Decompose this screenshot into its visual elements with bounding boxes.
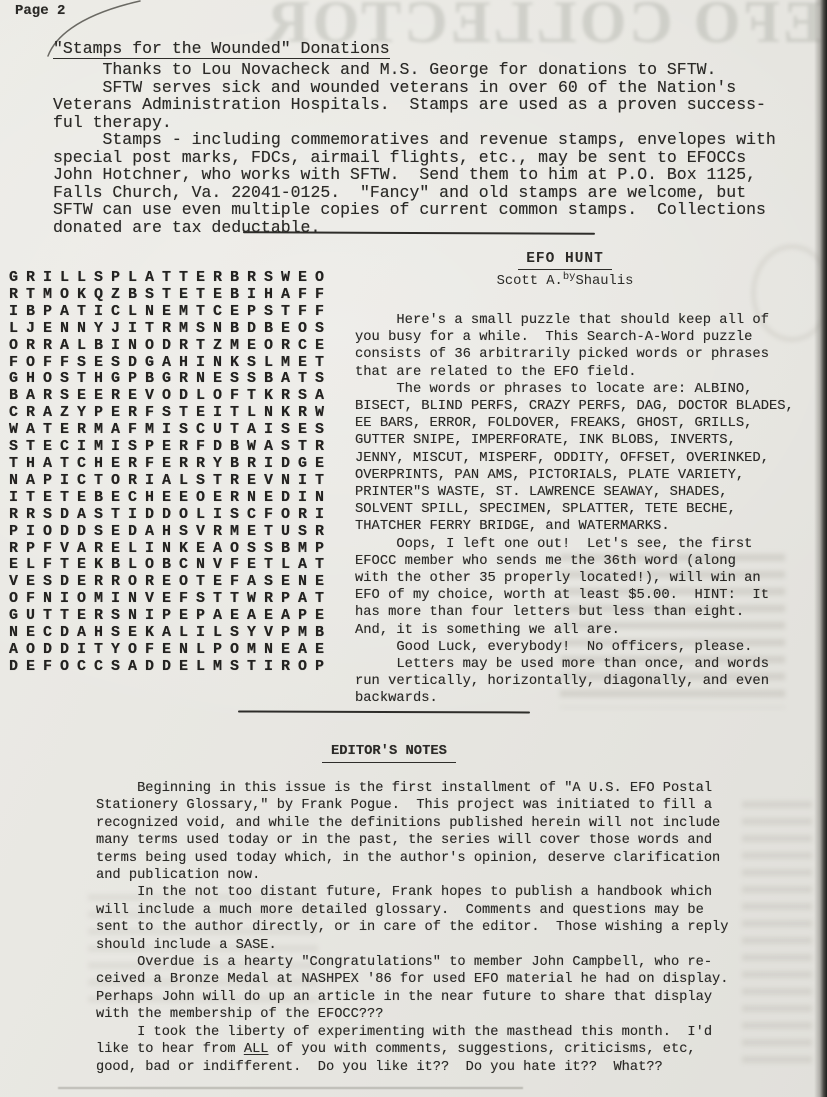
- efo-hunt-header: EFO HUNT Scott A.byShaulis: [355, 249, 775, 289]
- byline-by-superscript: by: [563, 271, 576, 283]
- editors-notes-underlined-all: ALL: [244, 1042, 269, 1057]
- byline-author-first: Scott A.: [497, 274, 563, 289]
- byline-author-surname: Shaulis: [575, 274, 633, 289]
- scanned-newsletter-page: EFO COLLECTOR Page 2 "Stamps for the Wou…: [0, 0, 827, 1097]
- efo-hunt-byline: Scott A.byShaulis: [355, 271, 775, 289]
- editors-notes-text-part1: Beginning in this issue is the first ins…: [96, 781, 728, 1057]
- editors-notes-body: Beginning in this issue is the first ins…: [96, 780, 728, 1076]
- section-divider-middle: [238, 710, 530, 713]
- efo-hunt-title: EFO HUNT: [518, 251, 612, 270]
- sftw-donations-body: Thanks to Lou Novacheck and M.S. George …: [53, 61, 776, 236]
- scan-edge-shadow: [814, 0, 827, 1097]
- sftw-donations-heading: "Stamps for the Wounded" Donations: [53, 40, 390, 59]
- word-search-grid: GRILLSPLATTERBRSWEO RTMOKQZBSTETEBIHAFF …: [9, 270, 332, 676]
- scan-crease-line: [58, 1087, 523, 1089]
- bleedthrough-smudge: [742, 795, 812, 1070]
- efo-hunt-body: Here's a small puzzle that should keep a…: [355, 312, 794, 708]
- editors-notes-title: EDITOR'S NOTES: [322, 744, 456, 763]
